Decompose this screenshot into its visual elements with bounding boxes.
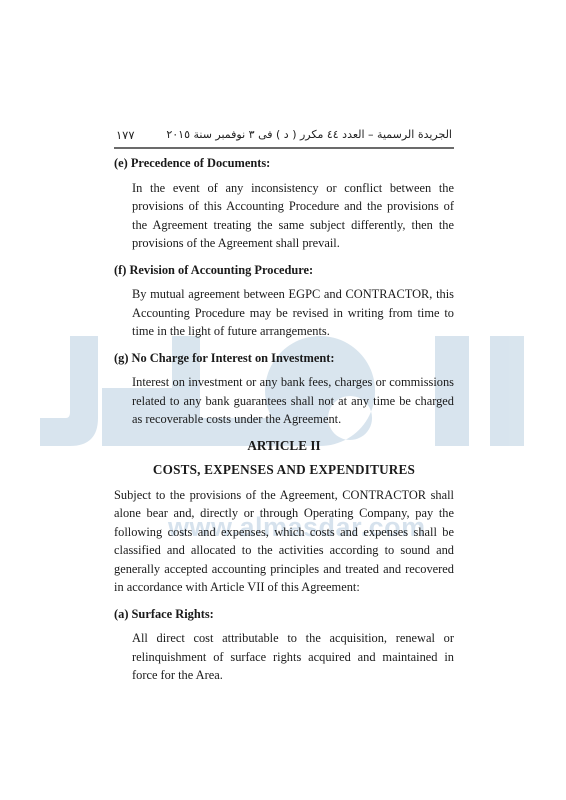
section-body-a: All direct cost attributable to the acqu… [132,629,454,685]
document-page: www.almasdar.com ١٧٧ الجريدة الرسمية – ا… [0,0,566,800]
page-header: ١٧٧ الجريدة الرسمية – العدد ٤٤ مكرر ( د … [114,126,454,146]
section-heading-a: (a) Surface Rights: [114,605,454,624]
article-intro: Subject to the provisions of the Agreeme… [114,486,454,597]
page-number: ١٧٧ [116,128,135,142]
section-heading-e: (e) Precedence of Documents: [114,154,454,173]
gazette-title: الجريدة الرسمية – العدد ٤٤ مكرر ( د ) فى… [166,128,452,141]
header-divider [114,147,454,149]
article-subtitle: COSTS, EXPENSES AND EXPENDITURES [114,461,454,480]
section-heading-g: (g) No Charge for Interest on Investment… [114,349,454,368]
document-body: (e) Precedence of Documents: In the even… [114,154,454,693]
section-body-e: In the event of any inconsistency or con… [132,179,454,253]
section-heading-f: (f) Revision of Accounting Procedure: [114,261,454,280]
section-body-f: By mutual agreement between EGPC and CON… [132,285,454,341]
section-body-g: Interest on investment or any bank fees,… [132,373,454,429]
article-title: ARTICLE II [114,437,454,456]
